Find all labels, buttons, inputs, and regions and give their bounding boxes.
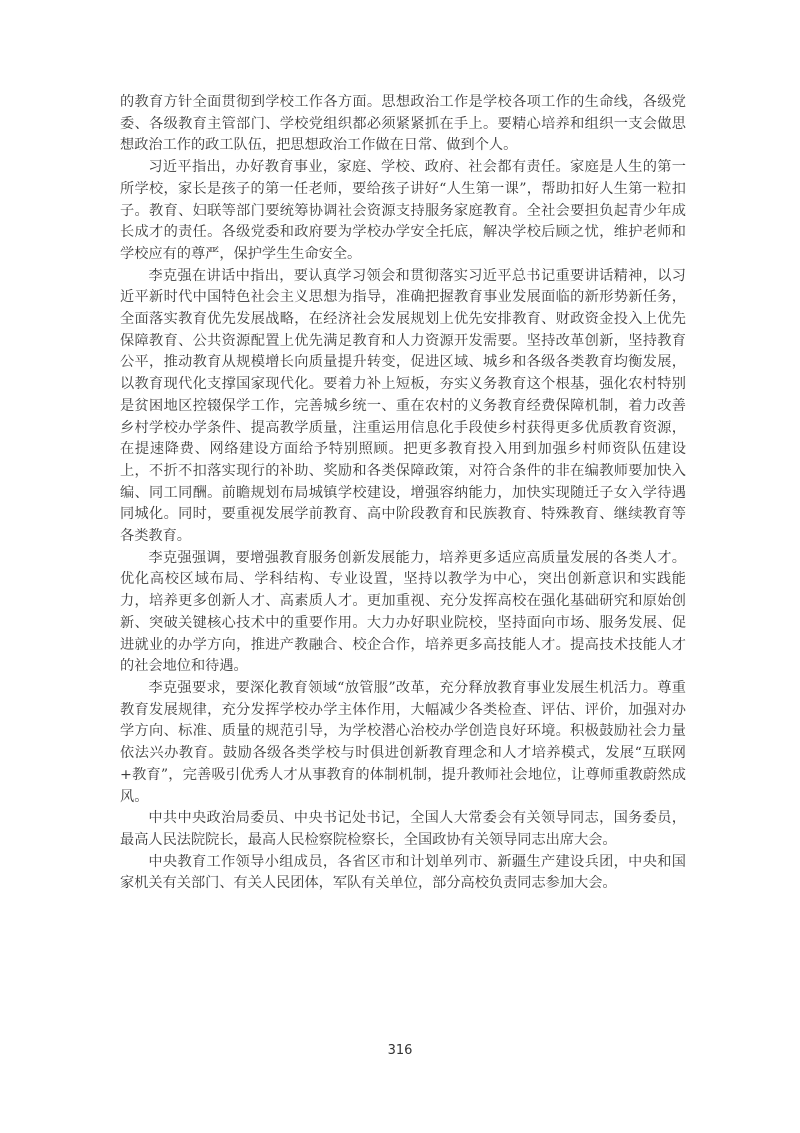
document-page: 的教育方针全面贯彻到学校工作各方面。思想政治工作是学校各项工作的生命线，各级党委… bbox=[0, 0, 800, 1133]
paragraph: 李克强在讲话中指出，要认真学习领会和贯彻落实习近平总书记重要讲话精神，以习近平新… bbox=[120, 266, 686, 548]
document-body: 的教育方针全面贯彻到学校工作各方面。思想政治工作是学校各项工作的生命线，各级党委… bbox=[120, 92, 686, 895]
paragraph: 李克强要求，要深化教育领域“放管服”改革，充分释放教育事业发展生机活力。尊重教育… bbox=[120, 678, 686, 808]
page-number: 316 bbox=[0, 1043, 800, 1058]
paragraph: 李克强强调，要增强教育服务创新发展能力，培养更多适应高质量发展的各类人才。优化高… bbox=[120, 548, 686, 678]
paragraph: 中央教育工作领导小组成员，各省区市和计划单列市、新疆生产建设兵团，中央和国家机关… bbox=[120, 852, 686, 895]
paragraph: 中共中央政治局委员、中央书记处书记，全国人大常委会有关领导同志，国务委员，最高人… bbox=[120, 808, 686, 851]
paragraph: 习近平指出，办好教育事业，家庭、学校、政府、社会都有责任。家庭是人生的第一所学校… bbox=[120, 157, 686, 266]
paragraph: 的教育方针全面贯彻到学校工作各方面。思想政治工作是学校各项工作的生命线，各级党委… bbox=[120, 92, 686, 157]
